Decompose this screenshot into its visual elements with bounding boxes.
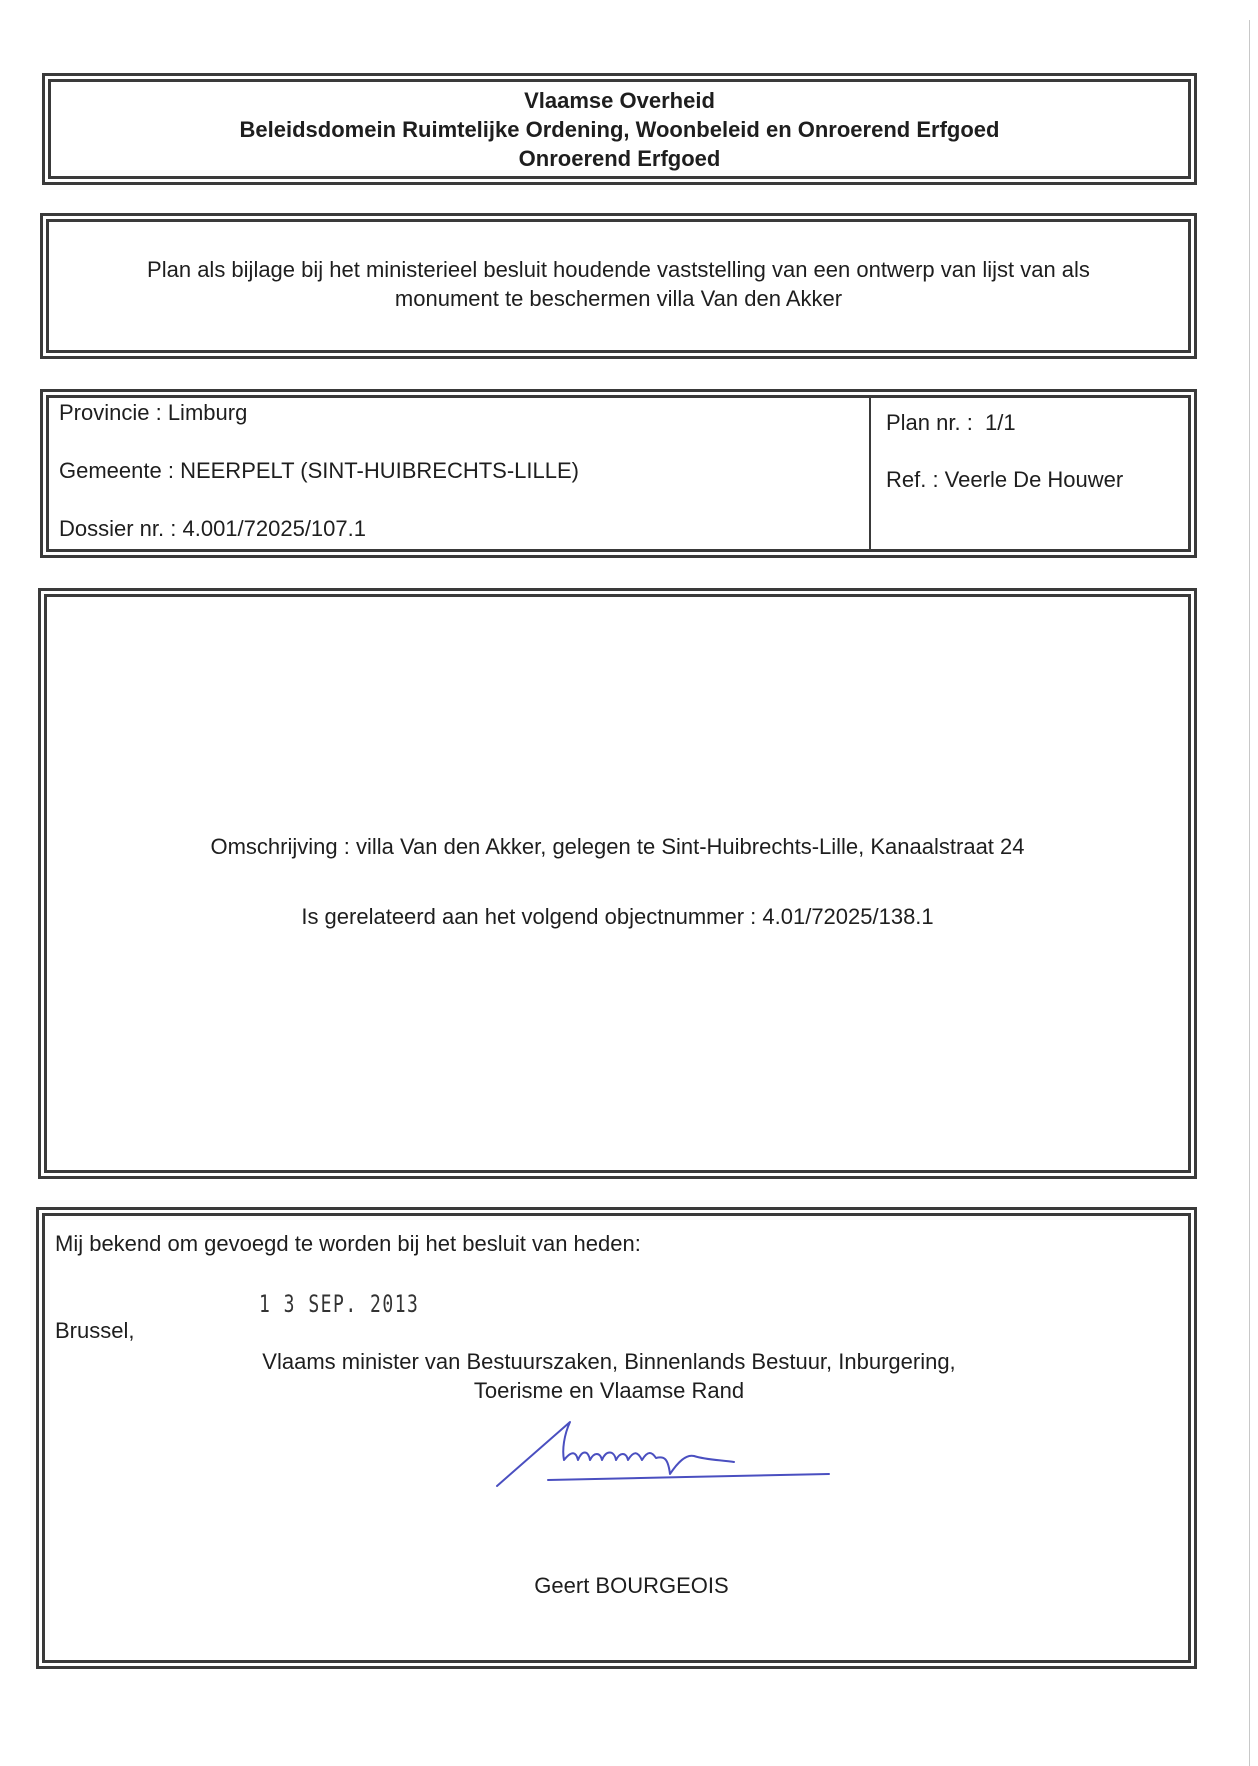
- title-box: Plan als bijlage bij het ministerieel be…: [40, 213, 1197, 359]
- omschrijving-text: Omschrijving : villa Van den Akker, gele…: [41, 834, 1194, 860]
- dossier-field: Dossier nr. : 4.001/72025/107.1: [59, 516, 579, 574]
- title-line-1: Plan als bijlage bij het ministerieel be…: [73, 255, 1164, 284]
- signatory-name: Geert BOURGEOIS: [39, 1573, 1194, 1599]
- date-stamp: 1 3 SEP. 2013: [259, 1290, 419, 1318]
- place-text: Brussel,: [55, 1318, 134, 1344]
- plan-nr-field: Plan nr. : 1/1: [886, 410, 1123, 467]
- signature-box: Mij bekend om gevoegd te worden bij het …: [36, 1207, 1197, 1669]
- handwritten-signature-icon: [494, 1410, 874, 1490]
- objectnummer-text: Is gerelateerd aan het volgend objectnum…: [41, 904, 1194, 930]
- header-line-3: Onroerend Erfgoed: [45, 144, 1194, 173]
- signature-intro: Mij bekend om gevoegd te worden bij het …: [55, 1231, 641, 1257]
- scan-edge-line: [1249, 20, 1250, 1766]
- minister-title-line-1: Vlaams minister van Bestuurszaken, Binne…: [219, 1347, 999, 1376]
- ref-field: Ref. : Veerle De Houwer: [886, 467, 1123, 524]
- gemeente-field: Gemeente : NEERPELT (SINT-HUIBRECHTS-LIL…: [59, 458, 579, 516]
- description-box: Omschrijving : villa Van den Akker, gele…: [38, 588, 1197, 1179]
- minister-title-line-2: Toerisme en Vlaamse Rand: [219, 1376, 999, 1405]
- header-box: Vlaamse Overheid Beleidsdomein Ruimtelij…: [42, 73, 1197, 185]
- metadata-box: Provincie : Limburg Gemeente : NEERPELT …: [40, 389, 1197, 558]
- header-line-1: Vlaamse Overheid: [45, 86, 1194, 115]
- header-line-2: Beleidsdomein Ruimtelijke Ordening, Woon…: [45, 115, 1194, 144]
- metadata-divider: [869, 398, 871, 549]
- provincie-field: Provincie : Limburg: [59, 400, 579, 458]
- title-line-2: monument te beschermen villa Van den Akk…: [73, 284, 1164, 313]
